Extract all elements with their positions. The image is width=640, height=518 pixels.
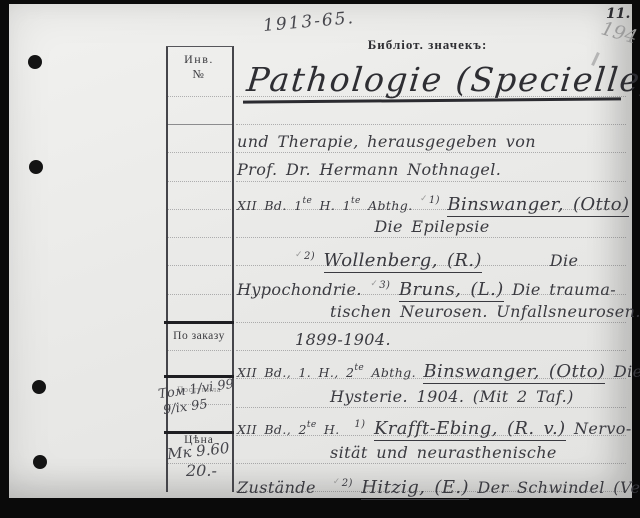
punch-hole xyxy=(28,55,42,69)
ruled-line xyxy=(168,265,231,266)
manuscript-text-segment: Abthg. xyxy=(364,365,423,380)
manuscript-text-segment: XII Bd., 2 xyxy=(237,422,307,437)
manuscript-text-segment: Die Epilepsie xyxy=(374,217,489,236)
ruled-line xyxy=(236,96,626,97)
scanned-catalog-page: 1913-65. 11. 194 Библіот. значекъ: Patho… xyxy=(0,0,640,518)
manuscript-text-segment: Die xyxy=(605,362,640,381)
ruled-line xyxy=(168,152,231,153)
manuscript-line: Hysterie. 1904. (Mit 2 Taf.) xyxy=(330,386,574,408)
manuscript-line: 1899-1904. xyxy=(295,329,391,351)
ruled-line xyxy=(168,350,231,351)
manuscript-text-segment: Abthg. xyxy=(361,198,420,213)
manuscript-line: sität und neurasthenische xyxy=(330,442,557,464)
manuscript-text-segment: H. xyxy=(317,422,355,437)
inventory-label-line2: № xyxy=(166,67,232,82)
manuscript-line: Hypochondrie. ✓3) Bruns, (L.) Die trauma… xyxy=(237,273,616,301)
library-mark-label: Библіот. значекъ: xyxy=(285,37,570,53)
ruled-line xyxy=(168,294,231,295)
manuscript-text-segment: tischen Neurosen. Unfallsneurosen. xyxy=(330,302,640,321)
punch-hole xyxy=(33,455,47,469)
manuscript-text-segment xyxy=(390,280,399,299)
ruled-line xyxy=(168,181,231,182)
punch-hole xyxy=(32,380,46,394)
manuscript-text-segment: XII Bd., 1. H., 2 xyxy=(237,365,354,380)
manuscript-line: XII Bd. 1te H. 1te Abthg. ✓1) Binswanger… xyxy=(237,188,629,217)
inventory-number-label: Инв. № xyxy=(166,52,232,82)
check-mark: ✓ xyxy=(295,250,303,260)
ruled-line xyxy=(167,124,232,125)
order-label: По заказу xyxy=(166,330,232,342)
manuscript-text-segment: Die xyxy=(482,251,579,270)
ruled-line xyxy=(168,237,231,238)
manuscript-line: und Therapie, herausgegeben von xyxy=(237,131,536,153)
manuscript-text-segment: 2) xyxy=(304,251,315,262)
column-border-right xyxy=(232,46,234,492)
manuscript-text-segment: Prof. Dr. Hermann Nothnagel. xyxy=(237,160,501,179)
manuscript-text-segment: Hysterie. 1904. (Mit 2 Taf.) xyxy=(330,387,574,406)
manuscript-text-segment: 1899-1904. xyxy=(295,330,391,349)
manuscript-text-segment: Nervo- xyxy=(566,419,632,438)
manuscript-text-segment: 2) xyxy=(342,478,353,489)
inventory-label-line1: Инв. xyxy=(166,52,232,67)
column-border-left xyxy=(166,46,168,492)
check-mark: ✓ xyxy=(333,477,341,487)
manuscript-text-segment: te xyxy=(302,196,312,206)
manuscript-text-segment: 3) xyxy=(379,280,390,291)
column-top-border xyxy=(166,46,233,47)
manuscript-text-segment: Zustände xyxy=(237,478,333,497)
manuscript-text-segment: Der Schwindel (Vertige) xyxy=(469,478,640,497)
manuscript-text-segment: H. 1 xyxy=(312,198,351,213)
manuscript-text-segment: sität und neurasthenische xyxy=(330,443,557,462)
manuscript-text-segment xyxy=(315,251,324,270)
manuscript-line: ✓2) Wollenberg, (R.) Die xyxy=(295,244,578,272)
check-mark: ✓ xyxy=(370,279,378,289)
manuscript-text-segment: Wollenberg, (R.) xyxy=(324,250,482,273)
manuscript-text-segment: Hypochondrie. xyxy=(237,280,370,299)
manuscript-text-segment: XII Bd. 1 xyxy=(237,198,302,213)
manuscript-text-segment: Die trauma- xyxy=(504,280,616,299)
manuscript-text-segment: Krafft-Ebing, (R. v.) xyxy=(374,418,566,441)
ruled-line xyxy=(168,209,231,210)
manuscript-text-segment: 1) xyxy=(354,419,365,430)
punch-hole xyxy=(29,160,43,174)
manuscript-text-segment: te xyxy=(351,196,361,206)
manuscript-line: Zustände ✓2) Hitzig, (E.) Der Schwindel … xyxy=(237,471,640,499)
manuscript-text-segment: te xyxy=(354,363,364,373)
check-mark: ✓ xyxy=(420,194,428,204)
handwritten-title: Pathologie (Specielle) xyxy=(245,60,640,99)
ruled-line xyxy=(164,321,234,324)
manuscript-line: XII Bd., 2te H. 1) Krafft-Ebing, (R. v.)… xyxy=(237,414,632,441)
manuscript-text-segment: 1) xyxy=(429,195,440,206)
manuscript-text-segment: und Therapie, herausgegeben von xyxy=(237,132,536,151)
price-value-handwritten: 20.- xyxy=(186,461,217,480)
manuscript-line: Die Epilepsie xyxy=(236,216,628,238)
manuscript-text-segment xyxy=(365,419,374,438)
manuscript-line: tischen Neurosen. Unfallsneurosen. xyxy=(330,301,640,323)
manuscript-line: Prof. Dr. Hermann Nothnagel. xyxy=(237,159,501,181)
manuscript-text-segment: Bruns, (L.) xyxy=(399,279,504,302)
manuscript-line: XII Bd., 1. H., 2te Abthg. Binswanger, (… xyxy=(237,357,640,384)
ruled-line xyxy=(168,96,231,97)
manuscript-text-segment: Hitzig, (E.) xyxy=(361,477,469,500)
manuscript-text-segment: Binswanger, (Otto) xyxy=(423,361,605,384)
manuscript-text-segment: Binswanger, (Otto) xyxy=(447,194,629,217)
ruled-line xyxy=(236,124,626,125)
manuscript-text-segment: te xyxy=(307,420,317,430)
